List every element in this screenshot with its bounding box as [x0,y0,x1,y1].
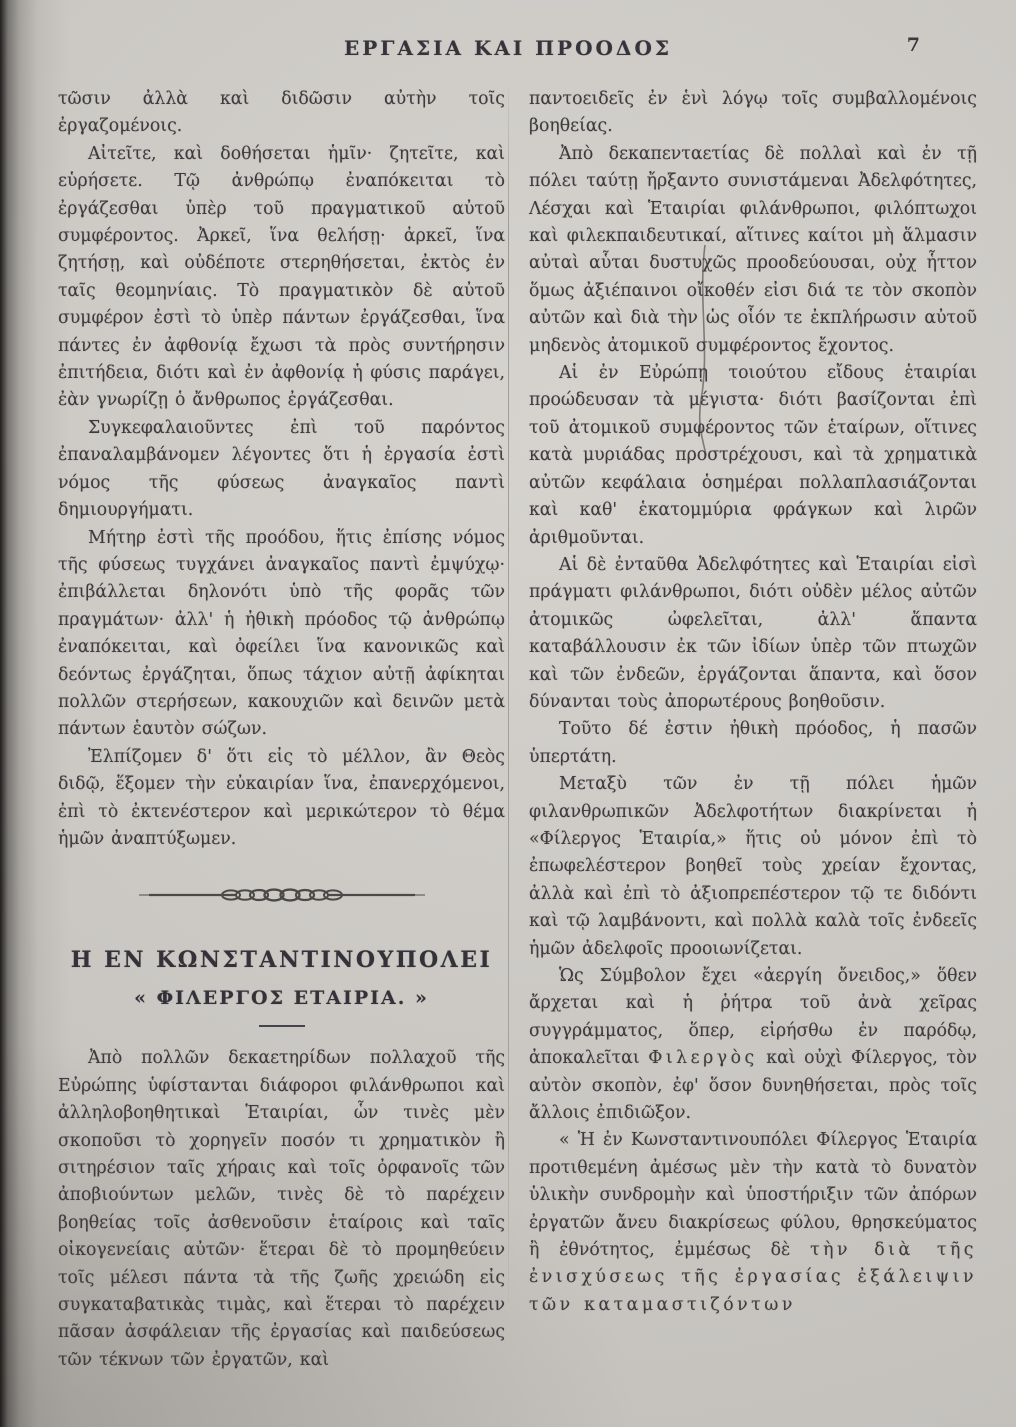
page-number: 7 [907,34,920,56]
emphasized-spaced-text: Φιλεργὸς [648,1048,757,1068]
paragraph: Ἀπὸ δεκαπενταετίας δὲ πολλαὶ καὶ ἐν τῇ π… [529,141,977,360]
chain-ornament-divider [58,887,505,907]
paragraph: Ἐλπίζομεν δ' ὅτι εἰς τὸ μέλλον, ἂν Θεὸς … [58,744,505,854]
paragraph: Ὡς Σύμβολον ἔχει «ἀεργίη ὄνειδος,» ὅθεν … [529,963,977,1127]
section-heading-line2: « ΦΙΛΕΡΓΟΣ ΕΤΑΙΡΙΑ. » [58,987,505,1009]
right-column: παντοειδεῖς ἐν ἑνὶ λόγῳ τοῖς συμβαλλομέν… [529,86,977,1374]
paragraph: Μεταξὺ τῶν ἐν τῇ πόλει ἡμῶν φιλανθρωπικῶ… [529,771,977,963]
paragraph: Μήτηρ ἐστὶ τῆς προόδου, ἥτις ἐπίσης νόμο… [58,525,505,744]
running-head: ΕΡΓΑΣΙΑ ΚΑΙ ΠΡΟΟΔΟΣ [0,36,1016,60]
paragraph: Συγκεφαλαιοῦντες ἐπὶ τοῦ παρόντος ἐπαναλ… [58,415,505,525]
section-heading-line1: Η ΕΝ ΚΩΝΣΤΑΝΤΙΝΟΥΠΟΛΕΙ [58,947,505,973]
paragraph: παντοειδεῖς ἐν ἑνὶ λόγῳ τοῖς συμβαλλομέν… [529,86,977,141]
paragraph: τῶσιν ἀλλὰ καὶ διδῶσιν αὐτὴν τοῖς ἐργαζο… [58,86,505,141]
scanned-document-page: ΕΡΓΑΣΙΑ ΚΑΙ ΠΡΟΟΔΟΣ 7 τῶσιν ἀλλὰ καὶ διδ… [0,0,1016,1427]
page-title: ΕΡΓΑΣΙΑ ΚΑΙ ΠΡΟΟΔΟΣ [344,36,672,60]
text-columns: τῶσιν ἀλλὰ καὶ διδῶσιν αὐτὴν τοῖς ἐργαζο… [58,86,977,1374]
paragraph: Αἰτεῖτε, καὶ δοθήσεται ἡμῖν· ζητεῖτε, κα… [58,141,505,415]
left-column: τῶσιν ἀλλὰ καὶ διδῶσιν αὐτὴν τοῖς ἐργαζο… [58,86,505,1374]
heading-dash-rule [259,1025,305,1027]
paragraph: Τοῦτο δέ ἐστιν ἠθικὴ πρόοδος, ἡ πασῶν ὑπ… [529,716,977,771]
paragraph: Ἀπὸ πολλῶν δεκαετηρίδων πολλαχοῦ τῆς Εὐρ… [58,1045,505,1374]
paragraph: Αἱ δὲ ἐνταῦθα Ἀδελφότητες καὶ Ἑταιρίαι ε… [529,552,977,716]
paragraph: « Ἡ ἐν Κωνσταντινουπόλει Φίλεργος Ἑταιρί… [529,1127,977,1319]
paragraph: Αἱ ἐν Εὐρώπῃ τοιούτου εἴδους ἑταιρίαι πρ… [529,360,977,552]
